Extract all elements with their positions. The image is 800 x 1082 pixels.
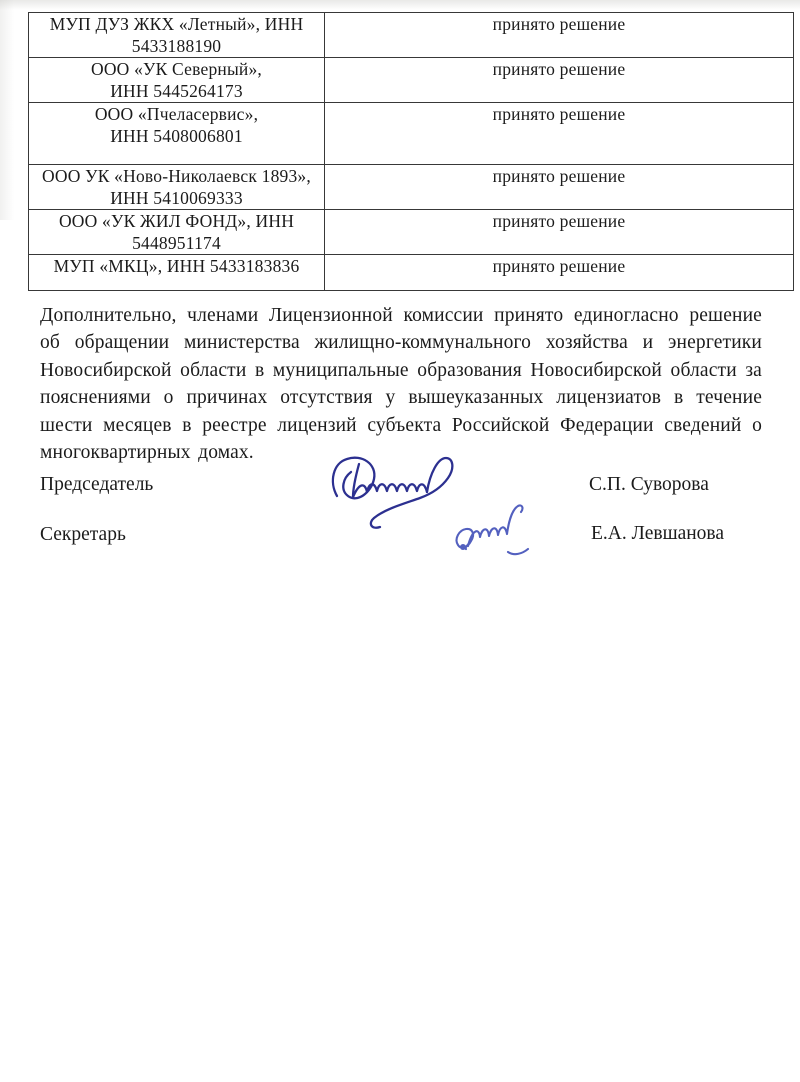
table-row: ООО «Пчеласервис», ИНН 5408006801 принят… <box>29 103 794 165</box>
table-row: МУП «МКЦ», ИНН 5433183836 принято решени… <box>29 255 794 291</box>
additional-decision-paragraph: Дополнительно, членами Лицензионной коми… <box>40 302 762 466</box>
org-cell: ООО «УК ЖИЛ ФОНД», ИНН 5448951174 <box>29 210 325 255</box>
decision-cell: принято решение <box>325 255 794 291</box>
table-row: ООО «УК ЖИЛ ФОНД», ИНН 5448951174 принят… <box>29 210 794 255</box>
org-name-line: МУП «МКЦ», ИНН 5433183836 <box>33 256 320 278</box>
scan-artifact-left <box>0 0 14 220</box>
chairman-role-label: Председатель <box>40 474 153 496</box>
chairman-signature-icon <box>333 458 452 528</box>
secretary-name: Е.А. Левшанова <box>591 523 724 545</box>
org-inn-line: 5433188190 <box>33 36 320 58</box>
org-inn-line: ИНН 5445264173 <box>33 81 320 103</box>
decision-cell: принято решение <box>325 103 794 165</box>
table-row: МУП ДУЗ ЖКХ «Летный», ИНН 5433188190 при… <box>29 13 794 58</box>
org-inn-line: ИНН 5410069333 <box>33 188 320 210</box>
org-cell: ООО УК «Ново-Николаевск 1893», ИНН 54100… <box>29 165 325 210</box>
chairman-name: С.П. Суворова <box>589 474 709 496</box>
table-row: ООО «УК Северный», ИНН 5445264173 принят… <box>29 58 794 103</box>
decision-cell: принято решение <box>325 58 794 103</box>
org-cell: МУП ДУЗ ЖКХ «Летный», ИНН 5433188190 <box>29 13 325 58</box>
secretary-signature-icon <box>457 505 528 554</box>
decision-cell: принято решение <box>325 210 794 255</box>
org-name-line: ООО «УК ЖИЛ ФОНД», ИНН <box>33 211 320 233</box>
secretary-role-label: Секретарь <box>40 524 126 546</box>
org-cell: ООО «УК Северный», ИНН 5445264173 <box>29 58 325 103</box>
org-name-line: ООО «УК Северный», <box>33 59 320 81</box>
licensee-decision-table: МУП ДУЗ ЖКХ «Летный», ИНН 5433188190 при… <box>28 12 794 291</box>
org-name-line: ООО УК «Ново-Николаевск 1893», <box>33 166 320 188</box>
org-name-line: МУП ДУЗ ЖКХ «Летный», ИНН <box>33 14 320 36</box>
table-row: ООО УК «Ново-Николаевск 1893», ИНН 54100… <box>29 165 794 210</box>
scanned-document-page: МУП ДУЗ ЖКХ «Летный», ИНН 5433188190 при… <box>0 0 800 1082</box>
org-inn-line: ИНН 5408006801 <box>33 126 320 148</box>
decision-cell: принято решение <box>325 13 794 58</box>
org-cell: ООО «Пчеласервис», ИНН 5408006801 <box>29 103 325 165</box>
org-inn-line: 5448951174 <box>33 233 320 255</box>
decision-cell: принято решение <box>325 165 794 210</box>
scan-artifact-top <box>0 0 800 10</box>
org-name-line: ООО «Пчеласервис», <box>33 104 320 126</box>
org-cell: МУП «МКЦ», ИНН 5433183836 <box>29 255 325 291</box>
